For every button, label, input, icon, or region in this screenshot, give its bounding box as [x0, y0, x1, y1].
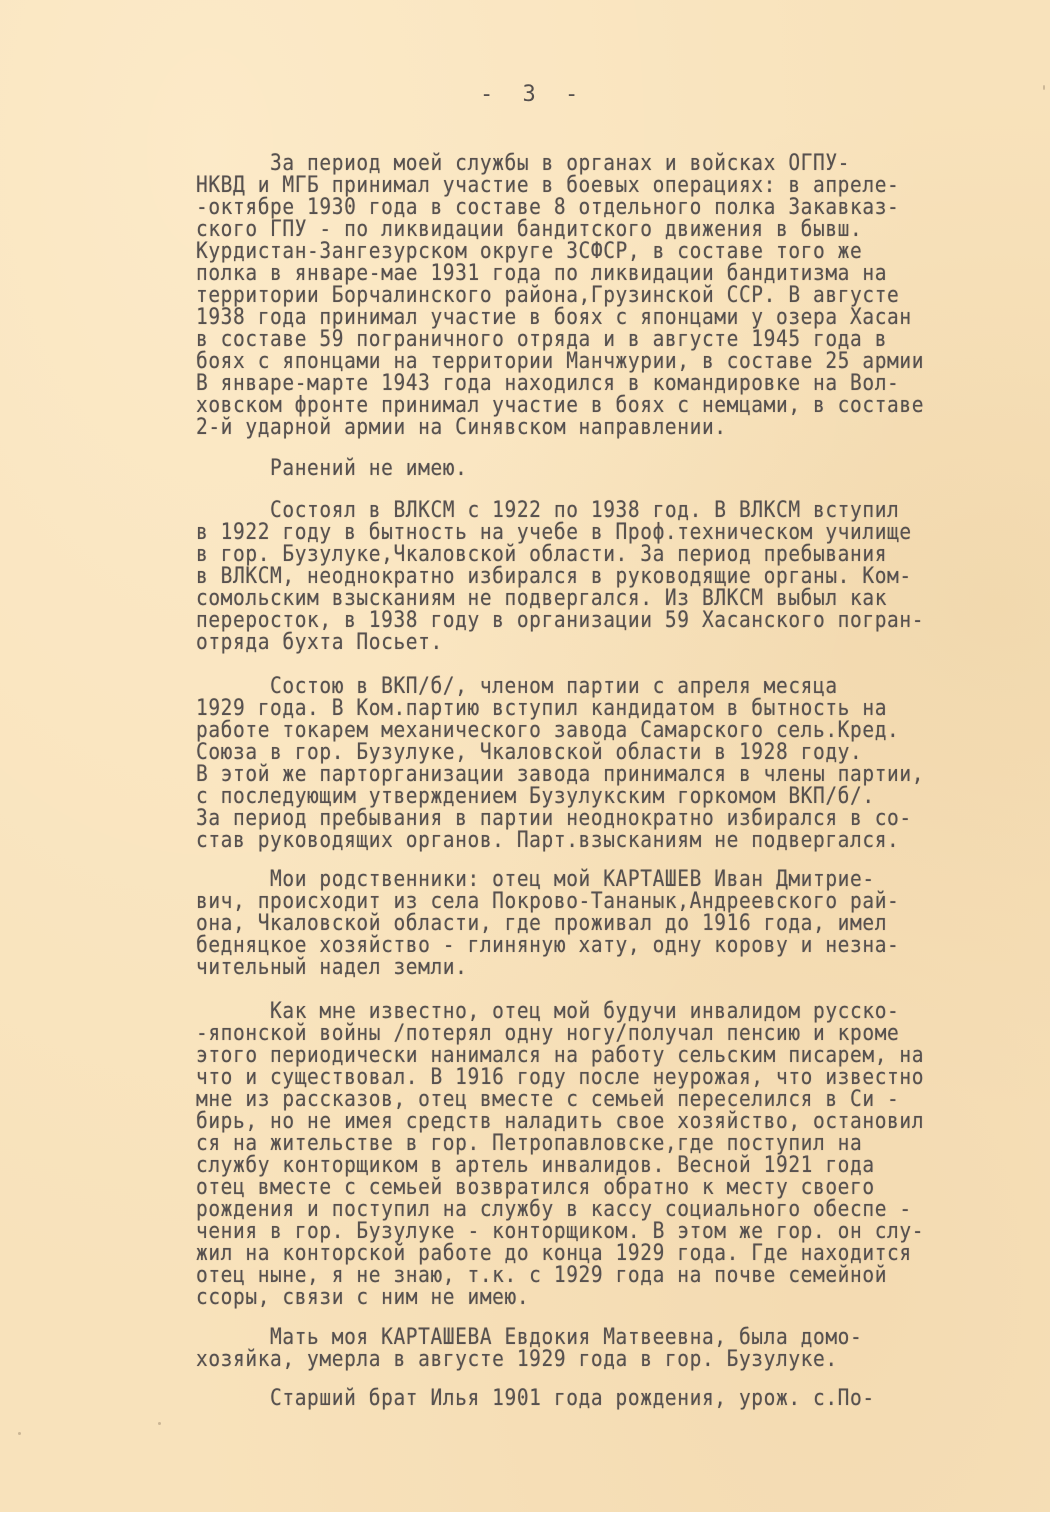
text-line: Старший брат Илья 1901 года рождения, ур… — [196, 1385, 875, 1411]
page-number: - 3 - — [480, 82, 586, 107]
paper-speck — [1043, 85, 1045, 90]
text-line: став руководящих органов. Парт.взыскания… — [196, 827, 899, 853]
text-line: 2-й ударной армии на Синявском направлен… — [196, 414, 727, 440]
text-line: отряда бухта Посьет. — [196, 629, 443, 655]
text-line: ссоры, связи с ним не имею. — [196, 1284, 529, 1310]
typewritten-page: - 3 - За период моей службы в органах и … — [0, 0, 1050, 1512]
text-line: Ранений не имею. — [196, 455, 467, 481]
text-line: хозяйка, умерла в августе 1929 года в го… — [196, 1346, 838, 1372]
paper-speck — [158, 1422, 161, 1425]
text-line: чительный надел земли. — [196, 954, 467, 980]
paper-speck — [18, 1432, 21, 1435]
